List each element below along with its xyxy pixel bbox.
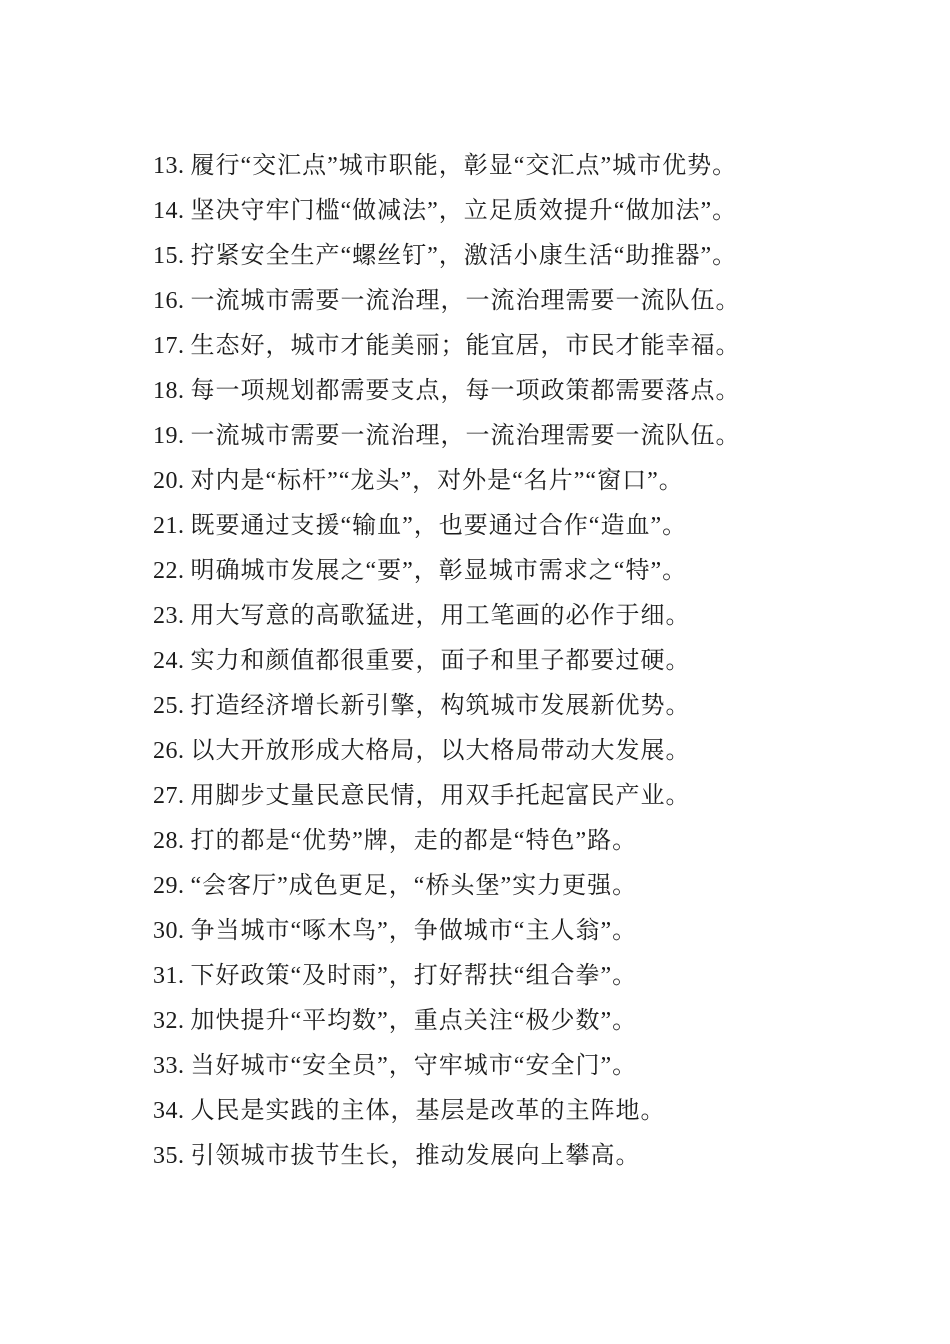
list-item: 25.打造经济增长新引擎，构筑城市发展新优势。: [153, 684, 810, 729]
list-item-number: 22.: [153, 549, 185, 594]
list-item-text: 用大写意的高歌猛进，用工笔画的必作于细。: [191, 603, 691, 629]
list-item: 22.明确城市发展之“要”，彰显城市需求之“特”。: [153, 549, 810, 594]
list-item-number: 13.: [153, 144, 185, 189]
list-item-number: 29.: [153, 864, 185, 909]
list-item-number: 32.: [153, 999, 185, 1044]
list-item-number: 14.: [153, 189, 185, 234]
list-item: 29.“会客厅”成色更足，“桥头堡”实力更强。: [153, 864, 810, 909]
list-item-number: 19.: [153, 414, 185, 459]
document-page: 13.履行“交汇点”城市职能，彰显“交汇点”城市优势。 14.坚决守牢门槛“做减…: [0, 0, 950, 1344]
list-item-number: 28.: [153, 819, 185, 864]
list-item: 34.人民是实践的主体，基层是改革的主阵地。: [153, 1089, 810, 1134]
list-item-number: 35.: [153, 1134, 185, 1179]
list-item: 14.坚决守牢门槛“做减法”，立足质效提升“做加法”。: [153, 189, 810, 234]
list-item: 33.当好城市“安全员”，守牢城市“安全门”。: [153, 1044, 810, 1089]
list-item: 16.一流城市需要一流治理，一流治理需要一流队伍。: [153, 279, 810, 324]
list-item-number: 33.: [153, 1044, 185, 1089]
list-item-number: 30.: [153, 909, 185, 954]
list-item-number: 15.: [153, 234, 185, 279]
list-item: 24.实力和颜值都很重要，面子和里子都要过硬。: [153, 639, 810, 684]
list-item-number: 26.: [153, 729, 185, 774]
list-item-text: 生态好，城市才能美丽；能宜居，市民才能幸福。: [191, 333, 741, 359]
list-item-text: 用脚步丈量民意民情，用双手托起富民产业。: [191, 783, 691, 809]
list-item-number: 21.: [153, 504, 185, 549]
list-item: 23.用大写意的高歌猛进，用工笔画的必作于细。: [153, 594, 810, 639]
list-item: 15.拧紧安全生产“螺丝钉”，激活小康生活“助推器”。: [153, 234, 810, 279]
list-item-text: 拧紧安全生产“螺丝钉”，激活小康生活“助推器”。: [191, 243, 738, 269]
list-item-text: 以大开放形成大格局，以大格局带动大发展。: [191, 738, 691, 764]
list-item: 35.引领城市拔节生长，推动发展向上攀高。: [153, 1134, 810, 1179]
list-item-text: “会客厅”成色更足，“桥头堡”实力更强。: [191, 873, 638, 899]
list-item-text: 对内是“标杆”“龙头”，对外是“名片”“窗口”。: [191, 468, 684, 494]
list-item: 28.打的都是“优势”牌，走的都是“特色”路。: [153, 819, 810, 864]
list-item-text: 引领城市拔节生长，推动发展向上攀高。: [191, 1143, 641, 1169]
list-item: 26.以大开放形成大格局，以大格局带动大发展。: [153, 729, 810, 774]
list-item-text: 加快提升“平均数”，重点关注“极少数”。: [191, 1008, 638, 1034]
list-item-text: 下好政策“及时雨”，打好帮扶“组合拳”。: [191, 963, 638, 989]
list-item-number: 31.: [153, 954, 185, 999]
list-item-number: 18.: [153, 369, 185, 414]
list-item-text: 人民是实践的主体，基层是改革的主阵地。: [191, 1098, 666, 1124]
list-item-text: 打的都是“优势”牌，走的都是“特色”路。: [191, 828, 638, 854]
list-item-text: 实力和颜值都很重要，面子和里子都要过硬。: [191, 648, 691, 674]
list-item-number: 24.: [153, 639, 185, 684]
list-item-text: 明确城市发展之“要”，彰显城市需求之“特”。: [191, 558, 688, 584]
list-item-text: 争当城市“啄木鸟”，争做城市“主人翁”。: [191, 918, 638, 944]
list-item-text: 一流城市需要一流治理，一流治理需要一流队伍。: [191, 423, 741, 449]
list-item-text: 既要通过支援“输血”，也要通过合作“造血”。: [191, 513, 688, 539]
list-item-text: 履行“交汇点”城市职能，彰显“交汇点”城市优势。: [191, 153, 738, 179]
list-item-number: 34.: [153, 1089, 185, 1134]
list-item: 17.生态好，城市才能美丽；能宜居，市民才能幸福。: [153, 324, 810, 369]
list-item: 32.加快提升“平均数”，重点关注“极少数”。: [153, 999, 810, 1044]
list-item: 13.履行“交汇点”城市职能，彰显“交汇点”城市优势。: [153, 144, 810, 189]
list-item: 19.一流城市需要一流治理，一流治理需要一流队伍。: [153, 414, 810, 459]
list-item: 31.下好政策“及时雨”，打好帮扶“组合拳”。: [153, 954, 810, 999]
list-item-text: 坚决守牢门槛“做减法”，立足质效提升“做加法”。: [191, 198, 738, 224]
list-item: 27.用脚步丈量民意民情，用双手托起富民产业。: [153, 774, 810, 819]
list-item: 30.争当城市“啄木鸟”，争做城市“主人翁”。: [153, 909, 810, 954]
list-item: 21.既要通过支援“输血”，也要通过合作“造血”。: [153, 504, 810, 549]
list-item: 20.对内是“标杆”“龙头”，对外是“名片”“窗口”。: [153, 459, 810, 504]
list-item-text: 一流城市需要一流治理，一流治理需要一流队伍。: [191, 288, 741, 314]
list-item-text: 打造经济增长新引擎，构筑城市发展新优势。: [191, 693, 691, 719]
list-item: 18.每一项规划都需要支点，每一项政策都需要落点。: [153, 369, 810, 414]
list-item-number: 25.: [153, 684, 185, 729]
list-item-number: 16.: [153, 279, 185, 324]
list-item-number: 23.: [153, 594, 185, 639]
list-item-text: 当好城市“安全员”，守牢城市“安全门”。: [191, 1053, 638, 1079]
phrase-list: 13.履行“交汇点”城市职能，彰显“交汇点”城市优势。 14.坚决守牢门槛“做减…: [153, 144, 810, 1179]
list-item-text: 每一项规划都需要支点，每一项政策都需要落点。: [191, 378, 741, 404]
list-item-number: 27.: [153, 774, 185, 819]
list-item-number: 17.: [153, 324, 185, 369]
list-item-number: 20.: [153, 459, 185, 504]
